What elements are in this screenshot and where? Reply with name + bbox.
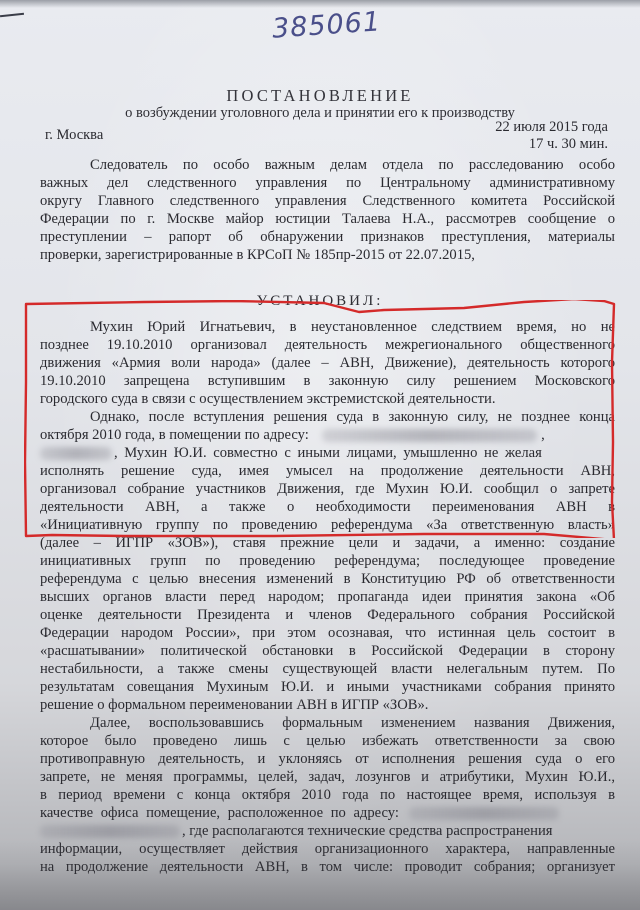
text-line: в период времени с конца октября 2010 го…	[40, 786, 615, 804]
text-line: которое было проведено лишь с целью избе…	[40, 732, 615, 750]
text-line: городского суда в связи с осуществлением…	[40, 390, 615, 408]
handwritten-number: 385061	[271, 6, 382, 45]
text-line: движения «Армия воли народа» (далее – АВ…	[40, 354, 615, 372]
text-line: информации, осуществляет действия органи…	[40, 840, 615, 858]
text-line: позднее 19.10.2010 организовал деятельно…	[40, 336, 615, 354]
text-line: проверки, зарегистрированные в КРСоП № 1…	[40, 246, 615, 264]
top-shadow	[0, 0, 640, 8]
text-line: «расшатывании» политической обстановки в…	[40, 642, 615, 660]
time: 17 ч. 30 мин.	[495, 136, 608, 153]
text-line: результатам совещания Мухиным Ю.И. и ины…	[40, 678, 615, 696]
paragraph-1: Мухин Юрий Игнатьевич, в неустановленное…	[40, 318, 615, 408]
text-line: преступлении – рапорт об обнаружении при…	[40, 228, 615, 246]
paragraph-3: Далее, воспользовавшись формальным измен…	[40, 714, 615, 876]
pen-mark	[0, 13, 24, 17]
comma: ,	[541, 427, 545, 443]
intro-paragraph: Следователь по особо важным делам отдела…	[40, 156, 615, 264]
text-line-with-redaction: октября 2010 года, в помещении по адресу…	[40, 426, 615, 444]
text-line: противоправную деятельность, и уклоняясь…	[40, 750, 615, 768]
text-line-with-redaction: качестве офиса помещение, расположенное …	[40, 804, 615, 822]
text-line: Далее, воспользовавшись формальным измен…	[40, 714, 615, 732]
text-fragment: , Мухин Ю.И. совместно с иными лицами, у…	[114, 445, 542, 461]
text-line-with-redaction: , где располагаются технические средства…	[40, 822, 615, 840]
text-line: Однако, после вступления решения суда в …	[40, 408, 615, 426]
text-line: важных дел следственного управления по Ц…	[40, 174, 615, 192]
text-line: деятельности АВН, а также о необходимост…	[40, 498, 615, 516]
redacted-office-address-part-1	[409, 807, 559, 820]
paragraph-2: Однако, после вступления решения суда в …	[40, 408, 615, 714]
document-photo: 385061 ПОСТАНОВЛЕНИЕ о возбуждении уголо…	[0, 0, 640, 910]
text-line: инициативных групп по проведению референ…	[40, 552, 615, 570]
text-fragment: октября 2010 года, в помещении по адресу…	[40, 427, 309, 443]
text-line: Федерации народом России», при этом осоз…	[40, 624, 615, 642]
text-line: решение о формальном переименовании АВН …	[40, 696, 615, 714]
text-line: Федерации по г. Москве майор юстиции Тал…	[40, 210, 615, 228]
text-line: организовал собрание участников Движения…	[40, 480, 615, 498]
text-line: исполнять решение суда, имея умысел на п…	[40, 462, 615, 480]
text-line: референдума с целью внесения изменений в…	[40, 570, 615, 588]
text-line: 19.10.2010 запрещена вступившим в законн…	[40, 372, 615, 390]
text-line: «Инициативную группу по проведению рефер…	[40, 516, 615, 534]
date: 22 июля 2015 года	[495, 119, 608, 136]
text-line: округу Главного следственного управления…	[40, 192, 615, 210]
text-line: (далее – ИГПР «ЗОВ»), ставя прежние цели…	[40, 534, 615, 552]
redacted-address-part-1	[322, 429, 537, 442]
redacted-address-part-2	[40, 447, 112, 460]
section-heading: УСТАНОВИЛ:	[0, 293, 640, 310]
text-fragment: , где располагаются технические средства…	[182, 823, 552, 839]
text-line: нестабильности, а также смены существующ…	[40, 660, 615, 678]
text-line: на продолжение деятельности АВН, в том ч…	[40, 858, 615, 876]
date-time-block: 22 июля 2015 года 17 ч. 30 мин.	[495, 119, 608, 153]
city: г. Москва	[45, 127, 103, 144]
text-line: Мухин Юрий Игнатьевич, в неустановленное…	[40, 318, 615, 336]
text-line: оценке деятельности Президента и членов …	[40, 606, 615, 624]
text-line: высших органов власти перед народом; про…	[40, 588, 615, 606]
text-fragment: качестве офиса помещение, расположенное …	[40, 805, 399, 821]
document-title: ПОСТАНОВЛЕНИЕ	[0, 86, 640, 106]
text-line: запрете, не меняя программы, целей, зада…	[40, 768, 615, 786]
text-line: Следователь по особо важным делам отдела…	[40, 156, 615, 174]
text-line-with-redaction: , Мухин Ю.И. совместно с иными лицами, у…	[40, 444, 615, 462]
redacted-office-address-part-2	[40, 825, 180, 838]
